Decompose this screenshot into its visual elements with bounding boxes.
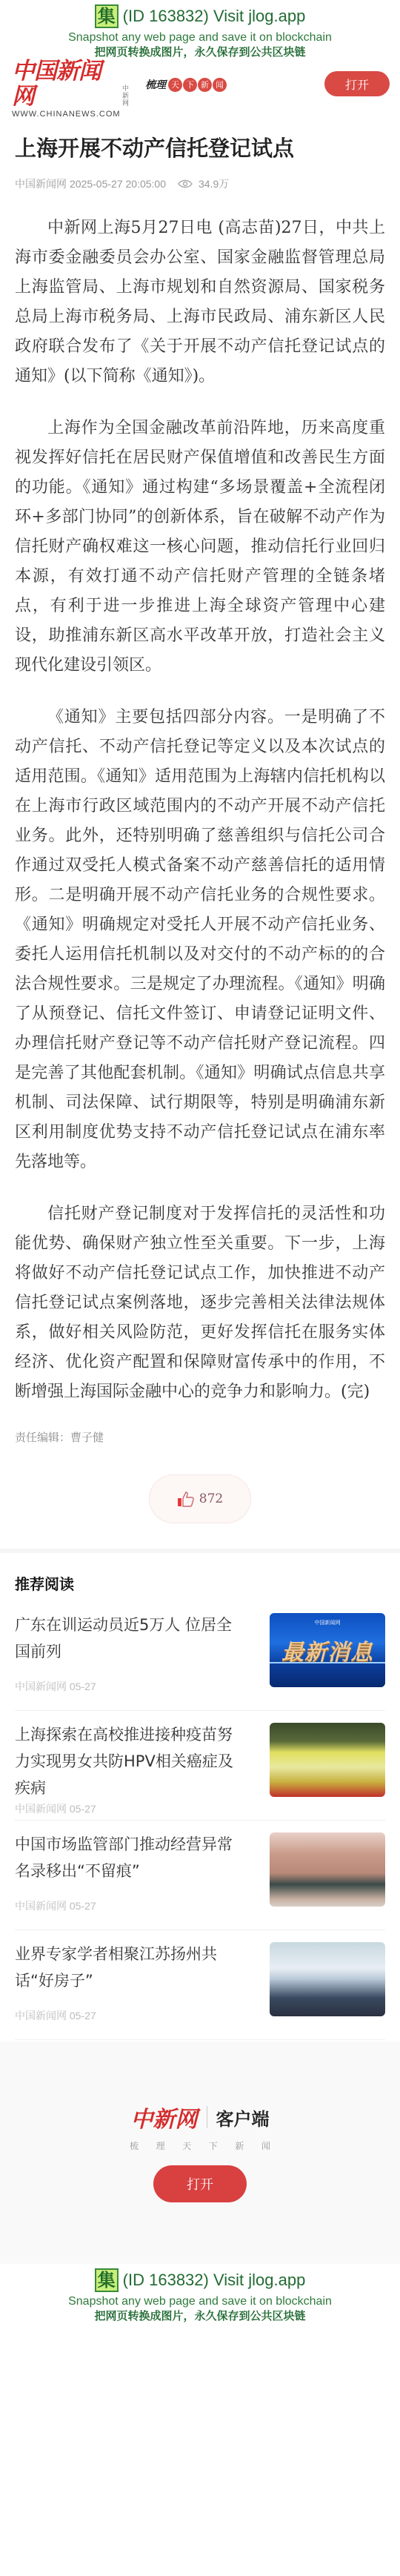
recommend-item[interactable]: 业界专家学者相聚江苏扬州共话“好房子” 中国新闻网 05-27	[15, 1930, 385, 2040]
recommend-headline[interactable]: 中国市场监管部门推动经营异常名录移出“不留痕”	[15, 1831, 244, 1884]
promo-logo: 中新网	[131, 2101, 198, 2133]
thumbs-up-icon	[177, 1490, 195, 1508]
jlog-banner-bottom: 集 (ID 163832) Visit jlog.app Snapshot an…	[0, 2264, 400, 2326]
chinanews-logo[interactable]: 中国新闻网 中 新 网 WWW.CHINANEWS.COM	[12, 59, 129, 119]
logo-mini-char: 网	[122, 100, 129, 107]
slogan-dot: 新	[198, 78, 212, 92]
promo-slogan-char: 下	[209, 2139, 218, 2152]
recommend-thumbnail[interactable]: 中国新闻网 最新消息	[270, 1613, 385, 1687]
jlog-tagline-en: Snapshot any web page and save it on blo…	[0, 2295, 400, 2308]
logo-mini-char: 中	[122, 85, 129, 93]
article: 上海开展不动产信托登记试点 中国新闻网 2025-05-27 20:05:00 …	[0, 133, 400, 1523]
recommend-thumbnail[interactable]	[270, 1832, 385, 1907]
slogan-dot: 下	[183, 78, 197, 92]
jlog-badge-icon: 集	[95, 2268, 119, 2292]
promo-slogan: 梳 理 天 下 新 闻	[130, 2139, 270, 2152]
logo-mini: 中 新 网	[122, 85, 129, 107]
jlog-tagline-cn: 把网页转换成图片，永久保存到公共区块链	[0, 2308, 400, 2323]
recommend-headline[interactable]: 上海探索在高校推进接种疫苗努力实现男女共防HPV相关癌症及疾病	[15, 1721, 244, 1801]
jlog-id-text[interactable]: (ID 163832) Visit jlog.app	[123, 2271, 306, 2290]
article-body: 中新网上海5月27日电 (高志苗)27日，中共上海市委金融委员会办公室、国家金融…	[15, 213, 385, 1407]
jlog-tagline-cn: 把网页转换成图片，永久保存到公共区块链	[0, 44, 400, 59]
logo-mini-char: 新	[122, 93, 129, 100]
open-app-button-bottom[interactable]: 打开	[153, 2165, 247, 2202]
view-count: 34.9万	[199, 176, 229, 191]
recommend-headline[interactable]: 广东在训运动员近5万人 位居全国前列	[15, 1612, 244, 1665]
thumb-brand: 中国新闻网	[270, 1619, 385, 1626]
recommend-title: 推荐阅读	[15, 1553, 385, 1601]
logo-url: WWW.CHINANEWS.COM	[12, 110, 129, 119]
eye-icon	[178, 179, 193, 188]
logo-text: 中国新闻网	[12, 59, 120, 109]
slogan-prefix: 梳理	[145, 77, 166, 92]
jlog-id-text[interactable]: (ID 163832) Visit jlog.app	[123, 7, 306, 26]
article-title: 上海开展不动产信托登记试点	[15, 133, 385, 163]
promo-slogan-char: 新	[235, 2139, 244, 2152]
promo-client-label: 客户端	[216, 2105, 270, 2130]
recommend-item[interactable]: 中国市场监管部门推动经营异常名录移出“不留痕” 中国新闻网 05-27	[15, 1821, 385, 1930]
jlog-badge-icon: 集	[95, 4, 119, 28]
slogan-dot: 天	[168, 78, 182, 92]
recommend-source: 中国新闻网 05-27	[15, 1679, 244, 1694]
thumb-line	[270, 1662, 385, 1663]
header-slogan: 梳理 天 下 新 闻	[145, 77, 227, 92]
recommend-item[interactable]: 上海探索在高校推进接种疫苗努力实现男女共防HPV相关癌症及疾病 中国新闻网 05…	[15, 1711, 385, 1821]
like-count: 872	[199, 1491, 223, 1506]
recommend-source: 中国新闻网 05-27	[15, 1898, 244, 1913]
slogan-dot: 闻	[213, 78, 227, 92]
article-paragraph: 中新网上海5月27日电 (高志苗)27日，中共上海市委金融委员会办公室、国家金融…	[15, 213, 385, 391]
recommend-item[interactable]: 广东在训运动员近5万人 位居全国前列 中国新闻网 05-27 中国新闻网 最新消…	[15, 1601, 385, 1711]
like-section: 872	[15, 1474, 385, 1523]
article-paragraph: 信托财产登记制度对于发挥信托的灵活性和功能优势、确保财产独立性至关重要。下一步，…	[15, 1199, 385, 1407]
recommend-section: 推荐阅读 广东在训运动员近5万人 位居全国前列 中国新闻网 05-27 中国新闻…	[0, 1553, 400, 2040]
promo-slogan-char: 梳	[130, 2139, 139, 2152]
app-promo: 中新网 客户端 梳 理 天 下 新 闻 打开	[0, 2042, 400, 2264]
like-button[interactable]: 872	[149, 1474, 251, 1523]
recommend-thumbnail[interactable]	[270, 1723, 385, 1797]
promo-slogan-char: 闻	[261, 2139, 270, 2152]
recommend-source: 中国新闻网 05-27	[15, 1801, 244, 1816]
recommend-headline[interactable]: 业界专家学者相聚江苏扬州共话“好房子”	[15, 1941, 244, 1994]
recommend-thumbnail[interactable]	[270, 1942, 385, 2016]
recommend-source: 中国新闻网 05-27	[15, 2008, 244, 2023]
article-paragraph: 上海作为全国金融改革前沿阵地，历来高度重视发挥好信托在居民财产保值增值和改善民生…	[15, 414, 385, 681]
article-paragraph: 《通知》主要包括四部分内容。一是明确了不动产信托、不动产信托登记等定义以及本次试…	[15, 703, 385, 1177]
jlog-banner-top: 集 (ID 163832) Visit jlog.app Snapshot an…	[0, 0, 400, 62]
responsible-editor: 责任编辑：曹子健	[15, 1429, 385, 1445]
site-header: 中国新闻网 中 新 网 WWW.CHINANEWS.COM 梳理 天 下 新 闻…	[0, 62, 400, 114]
article-source: 中国新闻网	[15, 176, 67, 191]
promo-slogan-char: 理	[156, 2139, 165, 2152]
article-datetime: 2025-05-27 20:05:00	[70, 178, 166, 190]
article-meta: 中国新闻网 2025-05-27 20:05:00 34.9万	[15, 176, 385, 191]
promo-separator	[207, 2106, 207, 2128]
promo-slogan-char: 天	[182, 2139, 191, 2152]
open-app-button[interactable]: 打开	[324, 71, 390, 96]
jlog-tagline-en: Snapshot any web page and save it on blo…	[0, 31, 400, 44]
